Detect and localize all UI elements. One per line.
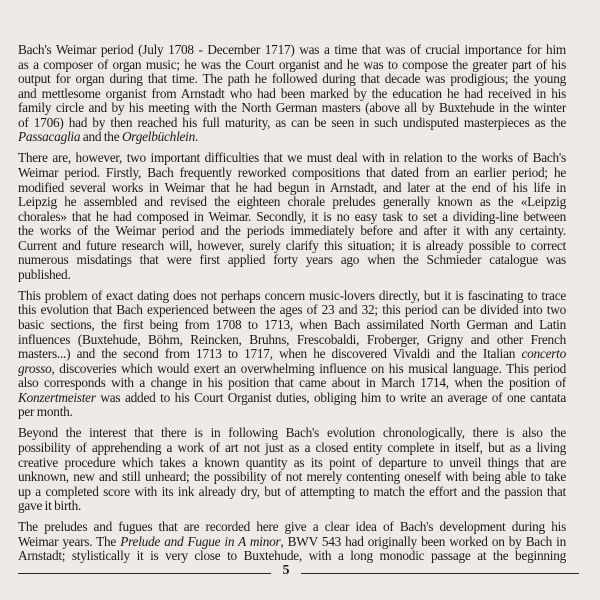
text-line: up a completed score with its ink alread… bbox=[18, 485, 566, 500]
text-line: Konzertmeister was added to his Court Or… bbox=[18, 391, 566, 406]
text-line: There are, however, two important diffic… bbox=[18, 151, 566, 166]
text-line: This problem of exact dating does not pe… bbox=[18, 289, 566, 304]
text-line: Weimar years. The Prelude and Fugue in A… bbox=[18, 535, 566, 550]
paragraph: The preludes and fugues that are recorde… bbox=[18, 520, 566, 564]
text-line: unknown, new and still unheard; the poss… bbox=[18, 470, 566, 485]
text-line: of 1706) had by then reached his full ma… bbox=[18, 116, 566, 131]
text-line: masters...) and the second from 1713 to … bbox=[18, 347, 566, 362]
text-line: output for organ during that time. The p… bbox=[18, 72, 566, 87]
paragraph: This problem of exact dating does not pe… bbox=[18, 289, 566, 420]
paragraph: There are, however, two important diffic… bbox=[18, 151, 566, 282]
text-line: Weimar period. Firstly, Bach frequently … bbox=[18, 166, 566, 181]
text-line: grosso, discoveries which would exert an… bbox=[18, 362, 566, 377]
page-footer: 5 bbox=[18, 561, 496, 581]
text-line: per month. bbox=[18, 405, 566, 420]
text-line: chorales» that he had composed in Weimar… bbox=[18, 210, 566, 225]
text-line: Beyond the interest that there is in fol… bbox=[18, 426, 566, 441]
text-line: also corresponds with a change in his po… bbox=[18, 376, 566, 391]
text-line: numerous misdatings that were first appl… bbox=[18, 253, 566, 268]
text-line: creative procedure which takes a known q… bbox=[18, 456, 566, 471]
text-line: Passacaglia and the Orgelbüchlein. bbox=[18, 130, 566, 145]
text-line: Current and future research will, howeve… bbox=[18, 239, 566, 254]
text-line: as a composer of organ music; he was the… bbox=[18, 58, 566, 73]
text-line: gave it birth. bbox=[18, 499, 566, 514]
footer-rule-left bbox=[18, 573, 271, 574]
text-line: Bach's Weimar period (July 1708 - Decemb… bbox=[18, 43, 566, 58]
document-page: Bach's Weimar period (July 1708 - Decemb… bbox=[0, 0, 600, 600]
text-line: published. bbox=[18, 268, 566, 283]
text-line: this evolution that Bach experienced bet… bbox=[18, 303, 566, 318]
text-line: modified several works in Weimar that he… bbox=[18, 181, 566, 196]
page-number: 5 bbox=[271, 561, 301, 581]
text-line: basic sections, the first being from 170… bbox=[18, 318, 566, 333]
text-line: and mettlesome organist from Arnstadt wh… bbox=[18, 87, 566, 102]
text-line: possibility of apprehending a work of ar… bbox=[18, 441, 566, 456]
text-line: The preludes and fugues that are recorde… bbox=[18, 520, 566, 535]
text-line: the works of the Weimar period and the p… bbox=[18, 224, 566, 239]
footer-rule-right bbox=[301, 573, 579, 574]
paragraph: Beyond the interest that there is in fol… bbox=[18, 426, 566, 513]
text-line: influences (Buxtehude, Böhm, Reincken, B… bbox=[18, 333, 566, 348]
body-text: Bach's Weimar period (July 1708 - Decemb… bbox=[18, 43, 566, 571]
text-line: Leipzig he assembled and revised the eig… bbox=[18, 195, 566, 210]
paragraph: Bach's Weimar period (July 1708 - Decemb… bbox=[18, 43, 566, 145]
text-line: family circle and by his meeting with th… bbox=[18, 101, 566, 116]
